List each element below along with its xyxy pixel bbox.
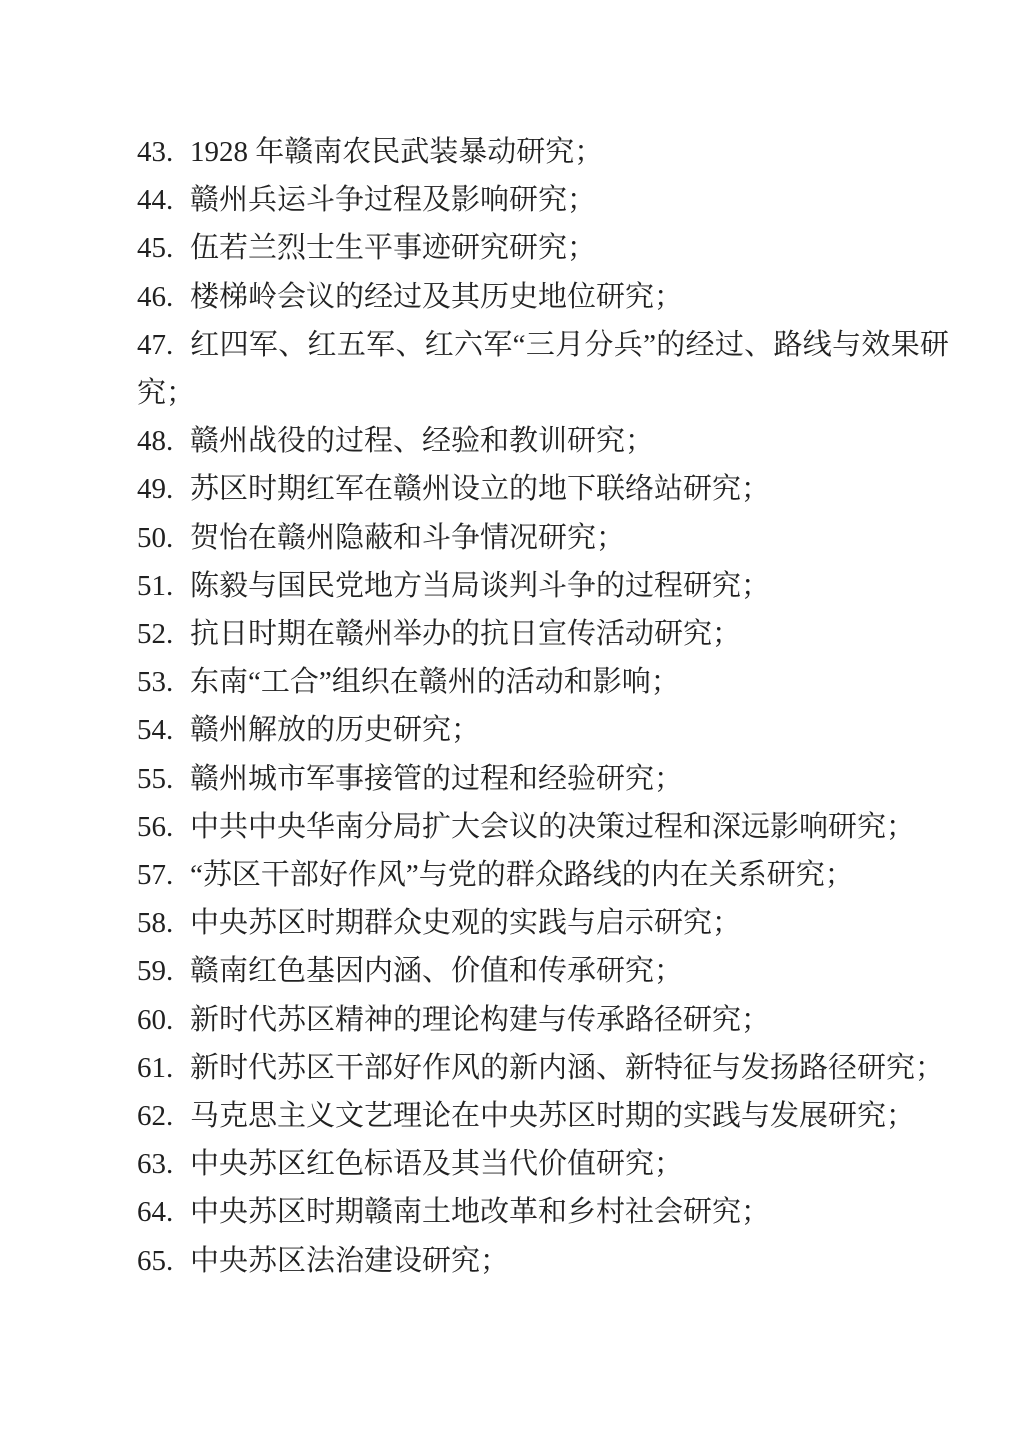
topic-list: 43.1928 年赣南农民武装暴动研究；44.赣州兵运斗争过程及影响研究；45.… xyxy=(137,128,949,1285)
item-text: 抗日时期在赣州举办的抗日宣传活动研究； xyxy=(190,618,741,650)
list-item: 59.赣南红色基因内涵、价值和传承研究； xyxy=(137,947,949,995)
item-text: 赣州城市军事接管的过程和经验研究； xyxy=(190,763,683,795)
item-text: 东南“工合”组织在赣州的活动和影响； xyxy=(190,666,680,698)
item-text: 马克思主义文艺理论在中央苏区时期的实践与发展研究； xyxy=(190,1100,915,1132)
item-number: 46. xyxy=(137,273,190,321)
list-item: 48.赣州战役的过程、经验和教训研究； xyxy=(137,417,949,465)
list-item: 47.红四军、红五军、红六军“三月分兵”的经过、路线与效果研究； xyxy=(137,321,949,417)
item-number: 50. xyxy=(137,514,190,562)
item-text: 赣州解放的历史研究； xyxy=(190,714,480,746)
item-number: 49. xyxy=(137,465,190,513)
list-item: 54.赣州解放的历史研究； xyxy=(137,706,949,754)
list-item: 55.赣州城市军事接管的过程和经验研究； xyxy=(137,755,949,803)
item-text: 赣南红色基因内涵、价值和传承研究； xyxy=(190,955,683,987)
list-item: 57.“苏区干部好作风”与党的群众路线的内在关系研究； xyxy=(137,851,949,899)
list-item: 51.陈毅与国民党地方当局谈判斗争的过程研究； xyxy=(137,562,949,610)
item-text: 赣州兵运斗争过程及影响研究； xyxy=(190,184,596,216)
list-item: 64.中央苏区时期赣南土地改革和乡村社会研究； xyxy=(137,1188,949,1236)
item-number: 61. xyxy=(137,1044,190,1092)
item-number: 55. xyxy=(137,755,190,803)
list-item: 44.赣州兵运斗争过程及影响研究； xyxy=(137,176,949,224)
list-item: 46.楼梯岭会议的经过及其历史地位研究； xyxy=(137,273,949,321)
item-text: 伍若兰烈士生平事迹研究研究； xyxy=(190,232,596,264)
item-number: 59. xyxy=(137,947,190,995)
item-number: 43. xyxy=(137,128,190,176)
list-item: 43.1928 年赣南农民武装暴动研究； xyxy=(137,128,949,176)
item-text: 楼梯岭会议的经过及其历史地位研究； xyxy=(190,281,683,313)
item-number: 51. xyxy=(137,562,190,610)
item-text: 中央苏区法治建设研究； xyxy=(190,1245,509,1277)
item-number: 62. xyxy=(137,1092,190,1140)
list-item: 60.新时代苏区精神的理论构建与传承路径研究； xyxy=(137,996,949,1044)
item-text: 中共中央华南分局扩大会议的决策过程和深远影响研究； xyxy=(190,811,915,843)
item-number: 48. xyxy=(137,417,190,465)
item-text: 新时代苏区精神的理论构建与传承路径研究； xyxy=(190,1004,770,1036)
item-number: 54. xyxy=(137,706,190,754)
item-number: 63. xyxy=(137,1140,190,1188)
item-text: 1928 年赣南农民武装暴动研究； xyxy=(190,136,603,168)
list-item: 58.中央苏区时期群众史观的实践与启示研究； xyxy=(137,899,949,947)
item-number: 44. xyxy=(137,176,190,224)
list-item: 56.中共中央华南分局扩大会议的决策过程和深远影响研究； xyxy=(137,803,949,851)
list-item: 45.伍若兰烈士生平事迹研究研究； xyxy=(137,224,949,272)
list-item: 53.东南“工合”组织在赣州的活动和影响； xyxy=(137,658,949,706)
document-page: 43.1928 年赣南农民武装暴动研究；44.赣州兵运斗争过程及影响研究；45.… xyxy=(0,0,1024,1448)
item-number: 56. xyxy=(137,803,190,851)
list-item: 49.苏区时期红军在赣州设立的地下联络站研究； xyxy=(137,465,949,513)
item-text: 中央苏区红色标语及其当代价值研究； xyxy=(190,1148,683,1180)
list-item: 62.马克思主义文艺理论在中央苏区时期的实践与发展研究； xyxy=(137,1092,949,1140)
item-number: 53. xyxy=(137,658,190,706)
item-number: 65. xyxy=(137,1237,190,1285)
item-number: 47. xyxy=(137,321,190,369)
list-item: 52.抗日时期在赣州举办的抗日宣传活动研究； xyxy=(137,610,949,658)
item-number: 57. xyxy=(137,851,190,899)
item-text: 红四军、红五军、红六军“三月分兵”的经过、路线与效果研究； xyxy=(137,329,949,409)
item-number: 64. xyxy=(137,1188,190,1236)
list-item: 65.中央苏区法治建设研究； xyxy=(137,1237,949,1285)
list-item: 63.中央苏区红色标语及其当代价值研究； xyxy=(137,1140,949,1188)
item-number: 60. xyxy=(137,996,190,1044)
item-text: 陈毅与国民党地方当局谈判斗争的过程研究； xyxy=(190,570,770,602)
item-text: 赣州战役的过程、经验和教训研究； xyxy=(190,425,654,457)
item-text: 苏区时期红军在赣州设立的地下联络站研究； xyxy=(190,473,770,505)
item-text: 贺怡在赣州隐蔽和斗争情况研究； xyxy=(190,522,625,554)
item-text: 新时代苏区干部好作风的新内涵、新特征与发扬路径研究； xyxy=(190,1052,944,1084)
item-text: “苏区干部好作风”与党的群众路线的内在关系研究； xyxy=(190,859,854,891)
item-number: 58. xyxy=(137,899,190,947)
item-text: 中央苏区时期赣南土地改革和乡村社会研究； xyxy=(190,1196,770,1228)
item-text: 中央苏区时期群众史观的实践与启示研究； xyxy=(190,907,741,939)
item-number: 45. xyxy=(137,224,190,272)
list-item: 61.新时代苏区干部好作风的新内涵、新特征与发扬路径研究； xyxy=(137,1044,949,1092)
item-number: 52. xyxy=(137,610,190,658)
list-item: 50.贺怡在赣州隐蔽和斗争情况研究； xyxy=(137,514,949,562)
